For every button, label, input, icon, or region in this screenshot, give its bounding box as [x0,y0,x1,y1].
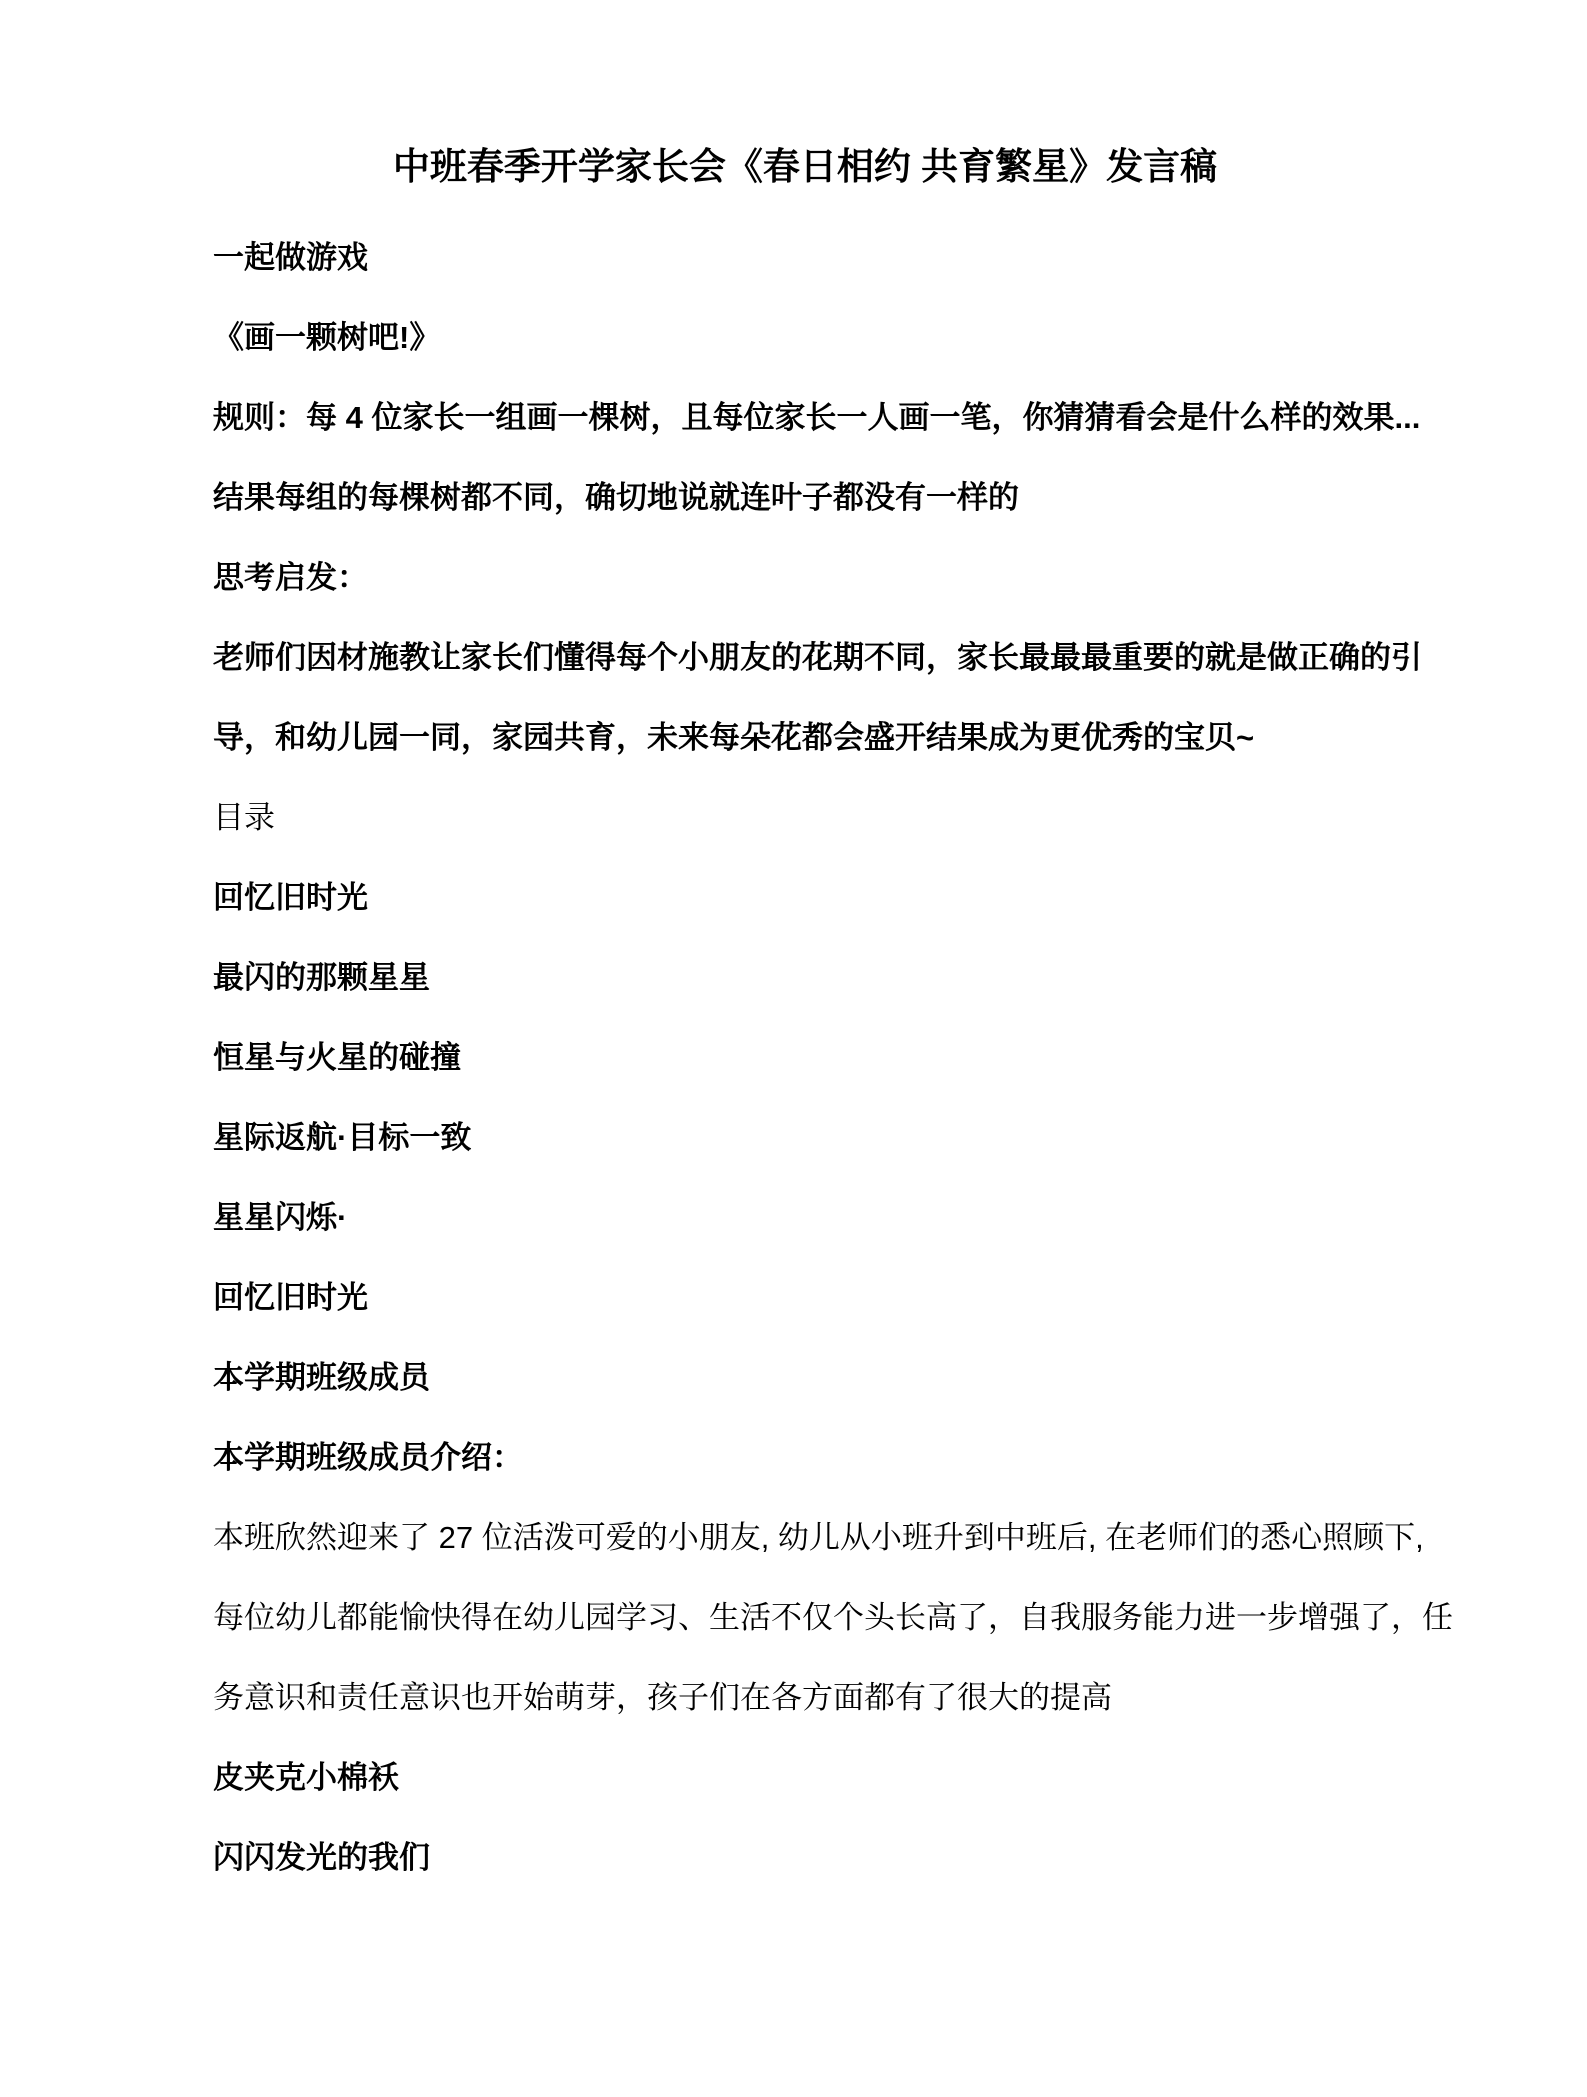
doc-line-toc-item-1: 回忆旧时光 [213,858,1397,938]
doc-line-toc-item-5: 星星闪烁· [213,1178,1397,1258]
doc-line-toc-heading: 目录 [213,778,1397,858]
document-title: 中班春季开学家长会《春日相约 共育繁星》发言稿 [213,136,1397,198]
document-page: 中班春季开学家长会《春日相约 共育繁星》发言稿 一起做游戏 《画一颗树吧!》 规… [0,0,1587,2097]
doc-line-shining-heading: 闪闪发光的我们 [213,1818,1397,1898]
doc-line-toc-item-3: 恒星与火星的碰撞 [213,1018,1397,1098]
doc-line-reflection-heading: 思考启发： [213,538,1397,618]
doc-line-game-result: 结果每组的每棵树都不同，确切地说就连叶子都没有一样的 [213,458,1397,538]
doc-line-toc-item-2: 最闪的那颗星星 [213,938,1397,1018]
doc-line-toc-item-4: 星际返航·目标一致 [213,1098,1397,1178]
doc-line-intro-body-2: 每位幼儿都能愉快得在幼儿园学习、生活不仅个头长高了，自我服务能力进一步增强了，任 [213,1578,1397,1658]
doc-line-reflection-2: 导，和幼儿园一同，家园共育，未来每朵花都会盛开结果成为更优秀的宝贝~ [213,698,1397,778]
doc-line-intro-body-3: 务意识和责任意识也开始萌芽，孩子们在各方面都有了很大的提高 [213,1658,1397,1738]
doc-line-game-name: 《画一颗树吧!》 [213,298,1397,378]
doc-line-class-members-intro: 本学期班级成员介绍： [213,1418,1397,1498]
doc-line-section-heading: 回忆旧时光 [213,1258,1397,1338]
doc-line-intro-body-1: 本班欣然迎来了 27 位活泼可爱的小朋友, 幼儿从小班升到中班后, 在老师们的悉… [213,1498,1397,1578]
doc-line-jacket-heading: 皮夹克小棉袄 [213,1738,1397,1818]
doc-line-reflection-1: 老师们因材施教让家长们懂得每个小朋友的花期不同，家长最最最重要的就是做正确的引 [213,618,1397,698]
doc-line-game-heading: 一起做游戏 [213,218,1397,298]
doc-line-class-members: 本学期班级成员 [213,1338,1397,1418]
doc-line-game-rules: 规则：每 4 位家长一组画一棵树，且每位家长一人画一笔，你猜猜看会是什么样的效果… [213,378,1397,458]
